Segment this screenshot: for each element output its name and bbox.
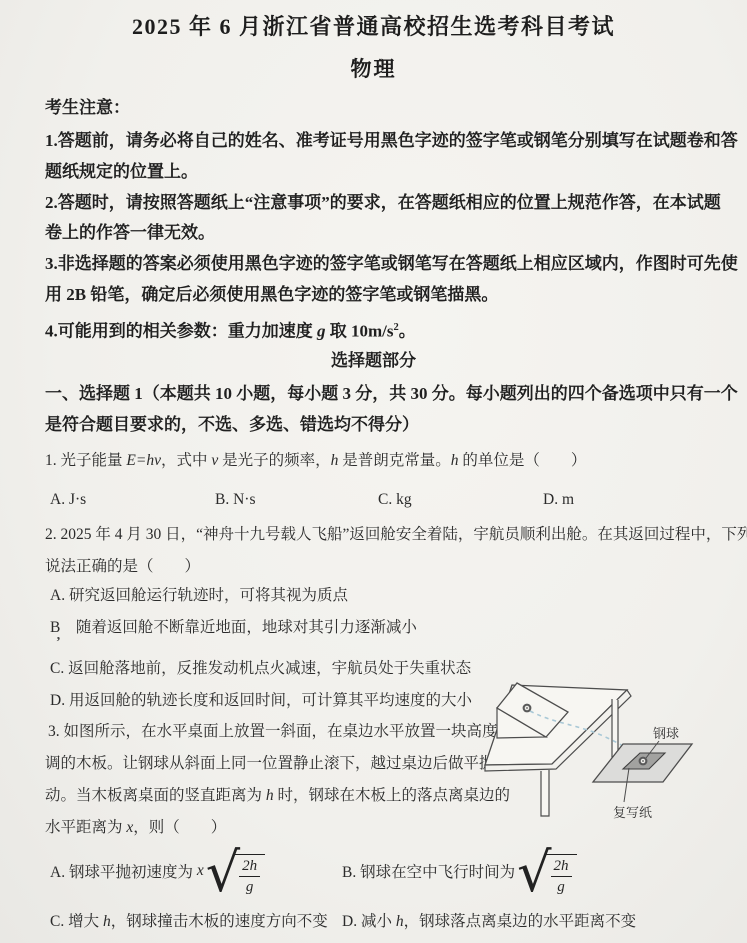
q3-option-b-text: B. 钢球在空中飞行时间为 [342,860,515,882]
notice-item-1-line-1: 1.答题前，请务必将自己的姓名、准考证号用黑色字迹的签字笔或钢笔分别填写在试题卷… [45,130,738,152]
q3-figure: 钢球 复写纸 [483,659,747,851]
notice-item-2-line-2: 卷上的作答一律无效。 [45,222,215,244]
steel-ball-on-incline [523,704,532,713]
notice-item-2-line-1: 2.答题时，请按照答题纸上“注意事项”的要求，在答题纸相应的位置上规范作答，在本… [45,192,721,214]
q3-option-c: C. 增大 h，钢球撞击木板的速度方向不变 [50,911,328,933]
notice-heading: 考生注意： [45,97,130,119]
q3-stem-line-3: 动。当木板离桌面的竖直距离为 h 时，钢球在木板上的落点离桌边的 [45,785,510,807]
exam-subject: 物理 [0,58,747,80]
q2-option-d: D. 用返回舱的轨迹长度和返回时间，可计算其平均速度的大小 [50,690,472,712]
table-leg-left [541,770,549,816]
q1-option-c: C. kg [378,489,412,511]
q1-option-b: B. N·s [215,489,255,511]
sqrt-expression: √ 2h g [206,848,265,895]
radical-sign: √ [206,850,240,896]
carbon-paper-label: 复写纸 [613,805,652,820]
notice-item-3-line-1: 3.非选择题的答案必须使用黑色字迹的签字笔或钢笔写在答题纸上相应区域内，作图时可… [45,253,738,275]
q2-stem-line-1: 2. 2025 年 4 月 30 日，“神舟十九号载人飞船”返回舱安全着陆，宇航… [45,524,747,546]
q2-stem-line-2: 说法正确的是（ ） [45,556,200,578]
table-leg-right [612,699,618,757]
q2-option-a: A. 研究返回舱运行轨迹时，可将其视为质点 [50,585,348,607]
notice-item-3-line-2: 用 2B 铅笔，确定后必须使用黑色字迹的签字笔或钢笔描黑。 [45,284,498,306]
q3-option-a-coefficient: x [197,862,204,880]
q2-option-b: B 随着返回舱不断靠近地面，地球对其引力逐渐减小 [50,617,417,639]
fraction-numerator: 2h [239,858,260,877]
section-head-line-1: 一、选择题 1（本题共 10 小题，每小题 3 分，共 30 分。每小题列出的四… [45,383,738,405]
q3-option-a-text: A. 钢球平抛初速度为 [50,860,197,882]
q3-option-d: D. 减小 h，钢球落点离桌边的水平距离不变 [342,911,636,933]
q3-stem-line-2: 调的木板。让钢球从斜面上同一位置静止滚下，越过桌边后做平抛运 [45,753,510,775]
q3-stem-line-4: 水平距离为 x，则（ ） [45,817,226,839]
fraction-denominator: g [557,877,565,895]
fraction-denominator: g [246,877,254,895]
scan-artifact: ʼ [56,632,61,654]
q2-option-c: C. 返回舱落地前，反推发动机点火减速，宇航员处于失重状态 [50,658,471,680]
exam-page: 2025 年 6 月浙江省普通高校招生选考科目考试 物理 考生注意： 1.答题前… [0,0,747,943]
sqrt-expression: √ 2h g [517,848,576,895]
q1-option-d: D. m [543,489,574,511]
section-part-label: 选择题部分 [0,350,747,372]
steel-ball-label: 钢球 [653,726,679,741]
exam-title: 2025 年 6 月浙江省普通高校招生选考科目考试 [0,16,747,38]
radical-sign: √ [517,850,551,896]
fraction-numerator: 2h [551,858,572,877]
notice-item-4: 4.可能用到的相关参数：重力加速度 g 取 10m/s2。 [45,317,416,343]
q3-option-a: A. 钢球平抛初速度为 x √ 2h g [50,842,265,900]
q3-stem-line-1: 3. 如图所示，在水平桌面上放置一斜面，在桌边水平放置一块高度可 [48,721,513,743]
notice-item-1-line-2: 题纸规定的位置上。 [45,161,198,183]
q1-stem: 1. 光子能量 E=hν，式中 ν 是光子的频率，h 是普朗克常量。h 的单位是… [45,450,586,472]
q1-option-a: A. J·s [50,489,86,511]
section-head-line-2: 是符合题目要求的，不选、多选、错选均不得分） [45,414,419,436]
